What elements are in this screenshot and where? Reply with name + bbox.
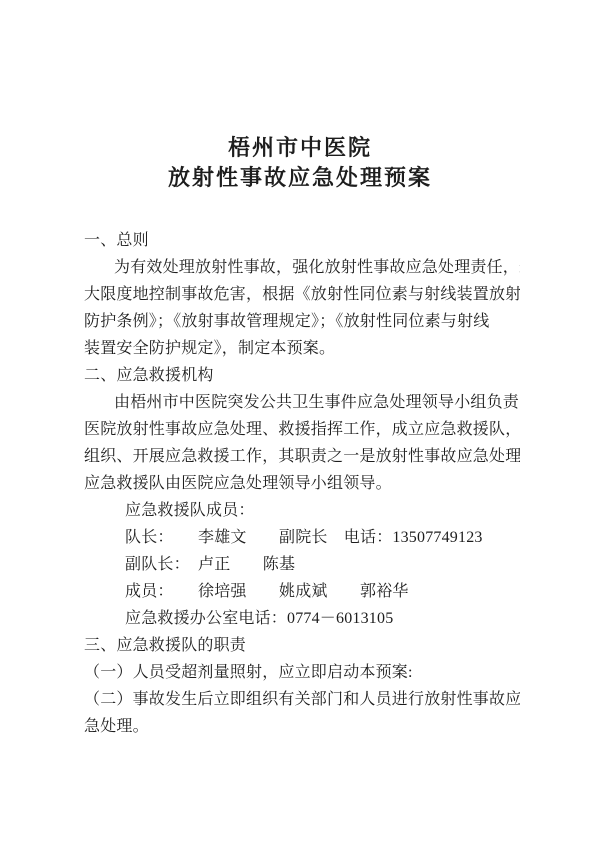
document-line: 组织、开展应急救援工作，其职责之一是放射性事故应急处理。: [84, 443, 520, 470]
document-line: 应急救援队成员：: [84, 497, 520, 524]
document-title: 梧州市中医院放射性事故应急处理预案: [0, 133, 600, 193]
document-line: 由梧州市中医院突发公共卫生事件应急处理领导小组负责: [84, 389, 520, 416]
document-line: 队长： 李雄文 副院长 电话：13507749123: [84, 524, 520, 551]
document-line: 大限度地控制事故危害，根据《放射性同位素与射线装置放射: [84, 281, 520, 308]
document-line: 装置安全防护规定》，制定本预案。: [84, 335, 520, 362]
document-line: 防护条例》；《放射事故管理规定》；《放射性同位素与射线: [84, 308, 520, 335]
document-line: 一、总则: [84, 227, 520, 254]
document-page: 梧州市中医院放射性事故应急处理预案 一、总则为有效处理放射性事故，强化放射性事故…: [0, 0, 600, 850]
document-line: 应急救援队由医院应急处理领导小组领导。: [84, 470, 520, 497]
document-body: 一、总则为有效处理放射性事故，强化放射性事故应急处理责任，最大限度地控制事故危害…: [84, 227, 520, 740]
document-line: 三、应急救援队的职责: [84, 632, 520, 659]
document-line: 医院放射性事故应急处理、救援指挥工作，成立应急救援队，: [84, 416, 520, 443]
title-line: 梧州市中医院: [0, 133, 600, 163]
document-line: 为有效处理放射性事故，强化放射性事故应急处理责任，最: [84, 254, 520, 281]
document-line: 急处理。: [84, 713, 520, 740]
title-line: 放射性事故应急处理预案: [0, 163, 600, 193]
document-line: 副队长： 卢正 陈基: [84, 551, 520, 578]
document-line: 二、应急救援机构: [84, 362, 520, 389]
document-line: 应急救援办公室电话：0774－6013105: [84, 605, 520, 632]
document-line: 成员： 徐培强 姚成斌 郭裕华: [84, 578, 520, 605]
document-line: （二）事故发生后立即组织有关部门和人员进行放射性事故应: [84, 686, 520, 713]
document-line: （一）人员受超剂量照射，应立即启动本预案:: [84, 659, 520, 686]
